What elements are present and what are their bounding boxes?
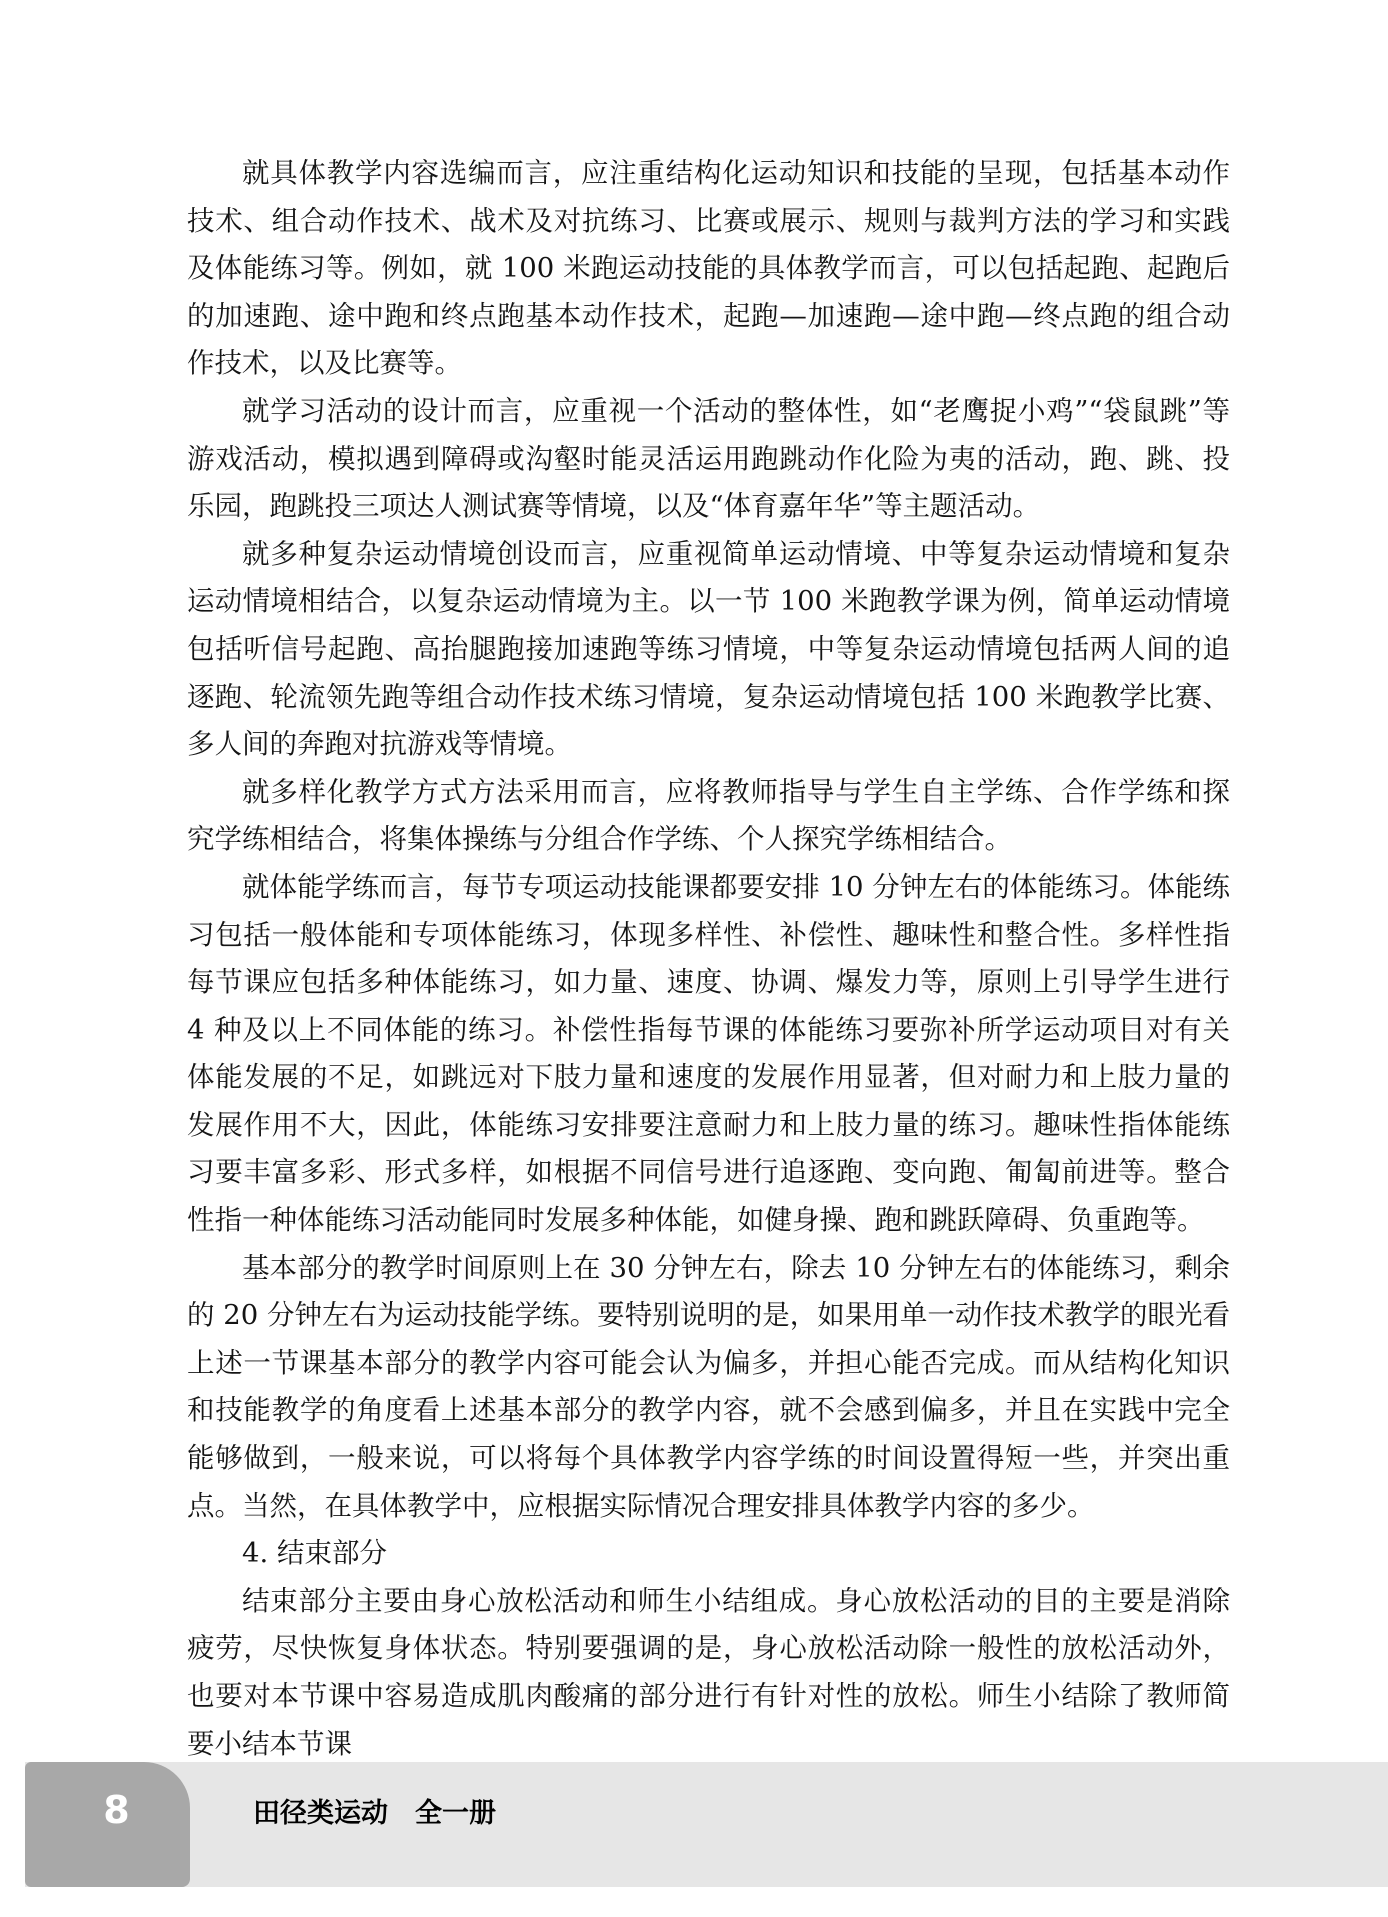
paragraph: 就多样化教学方式方法采用而言，应将教师指导与学生自主学练、合作学练和探究学练相结… [187,769,1230,864]
paragraph: 结束部分主要由身心放松活动和师生小结组成。身心放松活动的目的主要是消除疲劳，尽快… [187,1578,1230,1768]
paragraph: 就体能学练而言，每节专项运动技能课都要安排 10 分钟左右的体能练习。体能练习包… [187,864,1230,1245]
page-number: 8 [34,1762,199,1858]
book-title: 田径类运动 全一册 [253,1762,496,1858]
paragraph: 就多种复杂运动情境创设而言，应重视简单运动情境、中等复杂运动情境和复杂运动情境相… [187,531,1230,769]
section-heading: 4. 结束部分 [187,1530,1230,1578]
footer-band: 8 田径类运动 全一册 [25,1762,1388,1887]
body-text: 就具体教学内容选编而言，应注重结构化运动知识和技能的呈现，包括基本动作技术、组合… [187,150,1230,1768]
book-page: 就具体教学内容选编而言，应注重结构化运动知识和技能的呈现，包括基本动作技术、组合… [0,0,1388,1917]
paragraph: 就具体教学内容选编而言，应注重结构化运动知识和技能的呈现，包括基本动作技术、组合… [187,150,1230,388]
paragraph: 就学习活动的设计而言，应重视一个活动的整体性，如“老鹰捉小鸡”“袋鼠跳”等游戏活… [187,388,1230,531]
paragraph: 基本部分的教学时间原则上在 30 分钟左右，除去 10 分钟左右的体能练习，剩余… [187,1245,1230,1531]
